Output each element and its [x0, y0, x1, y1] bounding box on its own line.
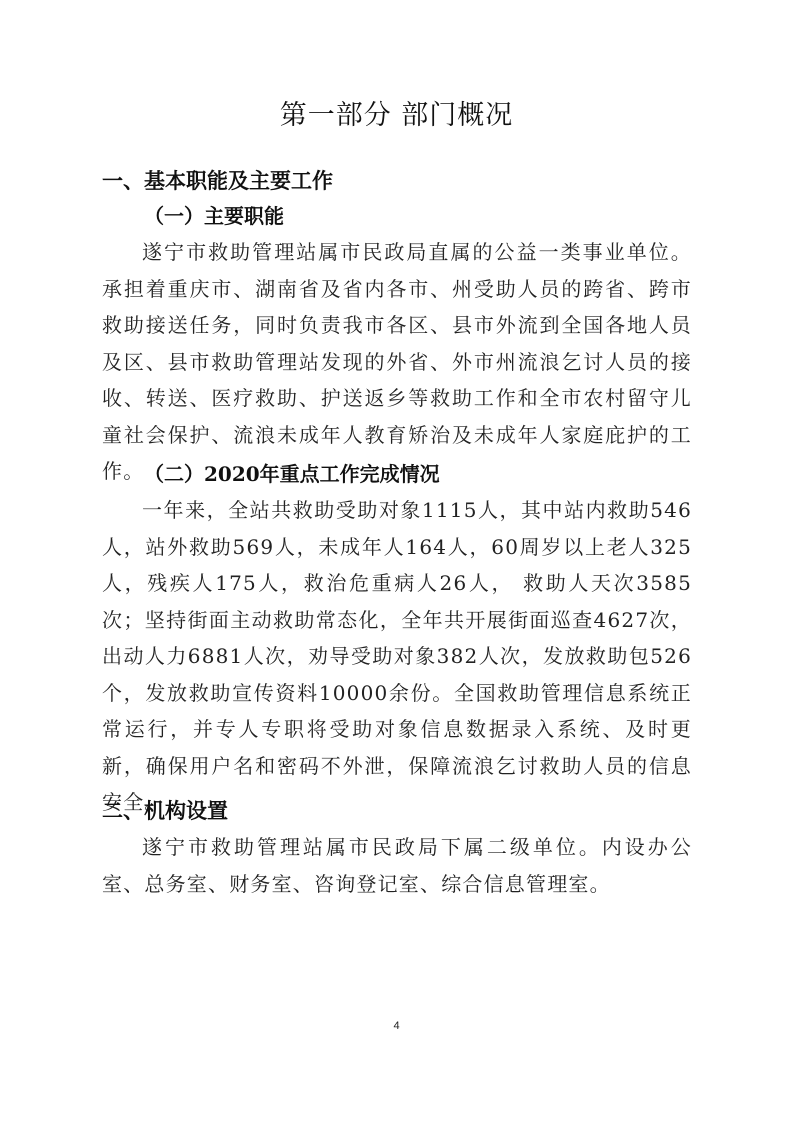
paragraph-organization: 遂宁市救助管理站属市民政局下属二级单位。内设办公室、总务室、财务室、咨询登记室、…: [102, 829, 692, 902]
paragraph-2020-work: 一年来，全站共救助受助对象1115人，其中站内救助546人，站外救助569人，未…: [102, 492, 692, 821]
page-title: 第一部分 部门概况: [0, 96, 793, 136]
subsection-heading-2020-work: （二）2020年重点工作完成情况: [144, 457, 440, 491]
page-number: 4: [0, 1020, 793, 1032]
section-heading-basic-functions: 一、基本职能及主要工作: [102, 164, 333, 198]
document-page: 第一部分 部门概况 一、基本职能及主要工作 （一）主要职能 遂宁市救助管理站属市…: [0, 0, 793, 1122]
paragraph-main-functions: 遂宁市救助管理站属市民政局直属的公益一类事业单位。承担着重庆市、湖南省及省内各市…: [102, 234, 692, 490]
subsection-heading-main-functions: （一）主要职能: [144, 199, 284, 233]
section-heading-organization: 二、机构设置: [102, 794, 228, 828]
